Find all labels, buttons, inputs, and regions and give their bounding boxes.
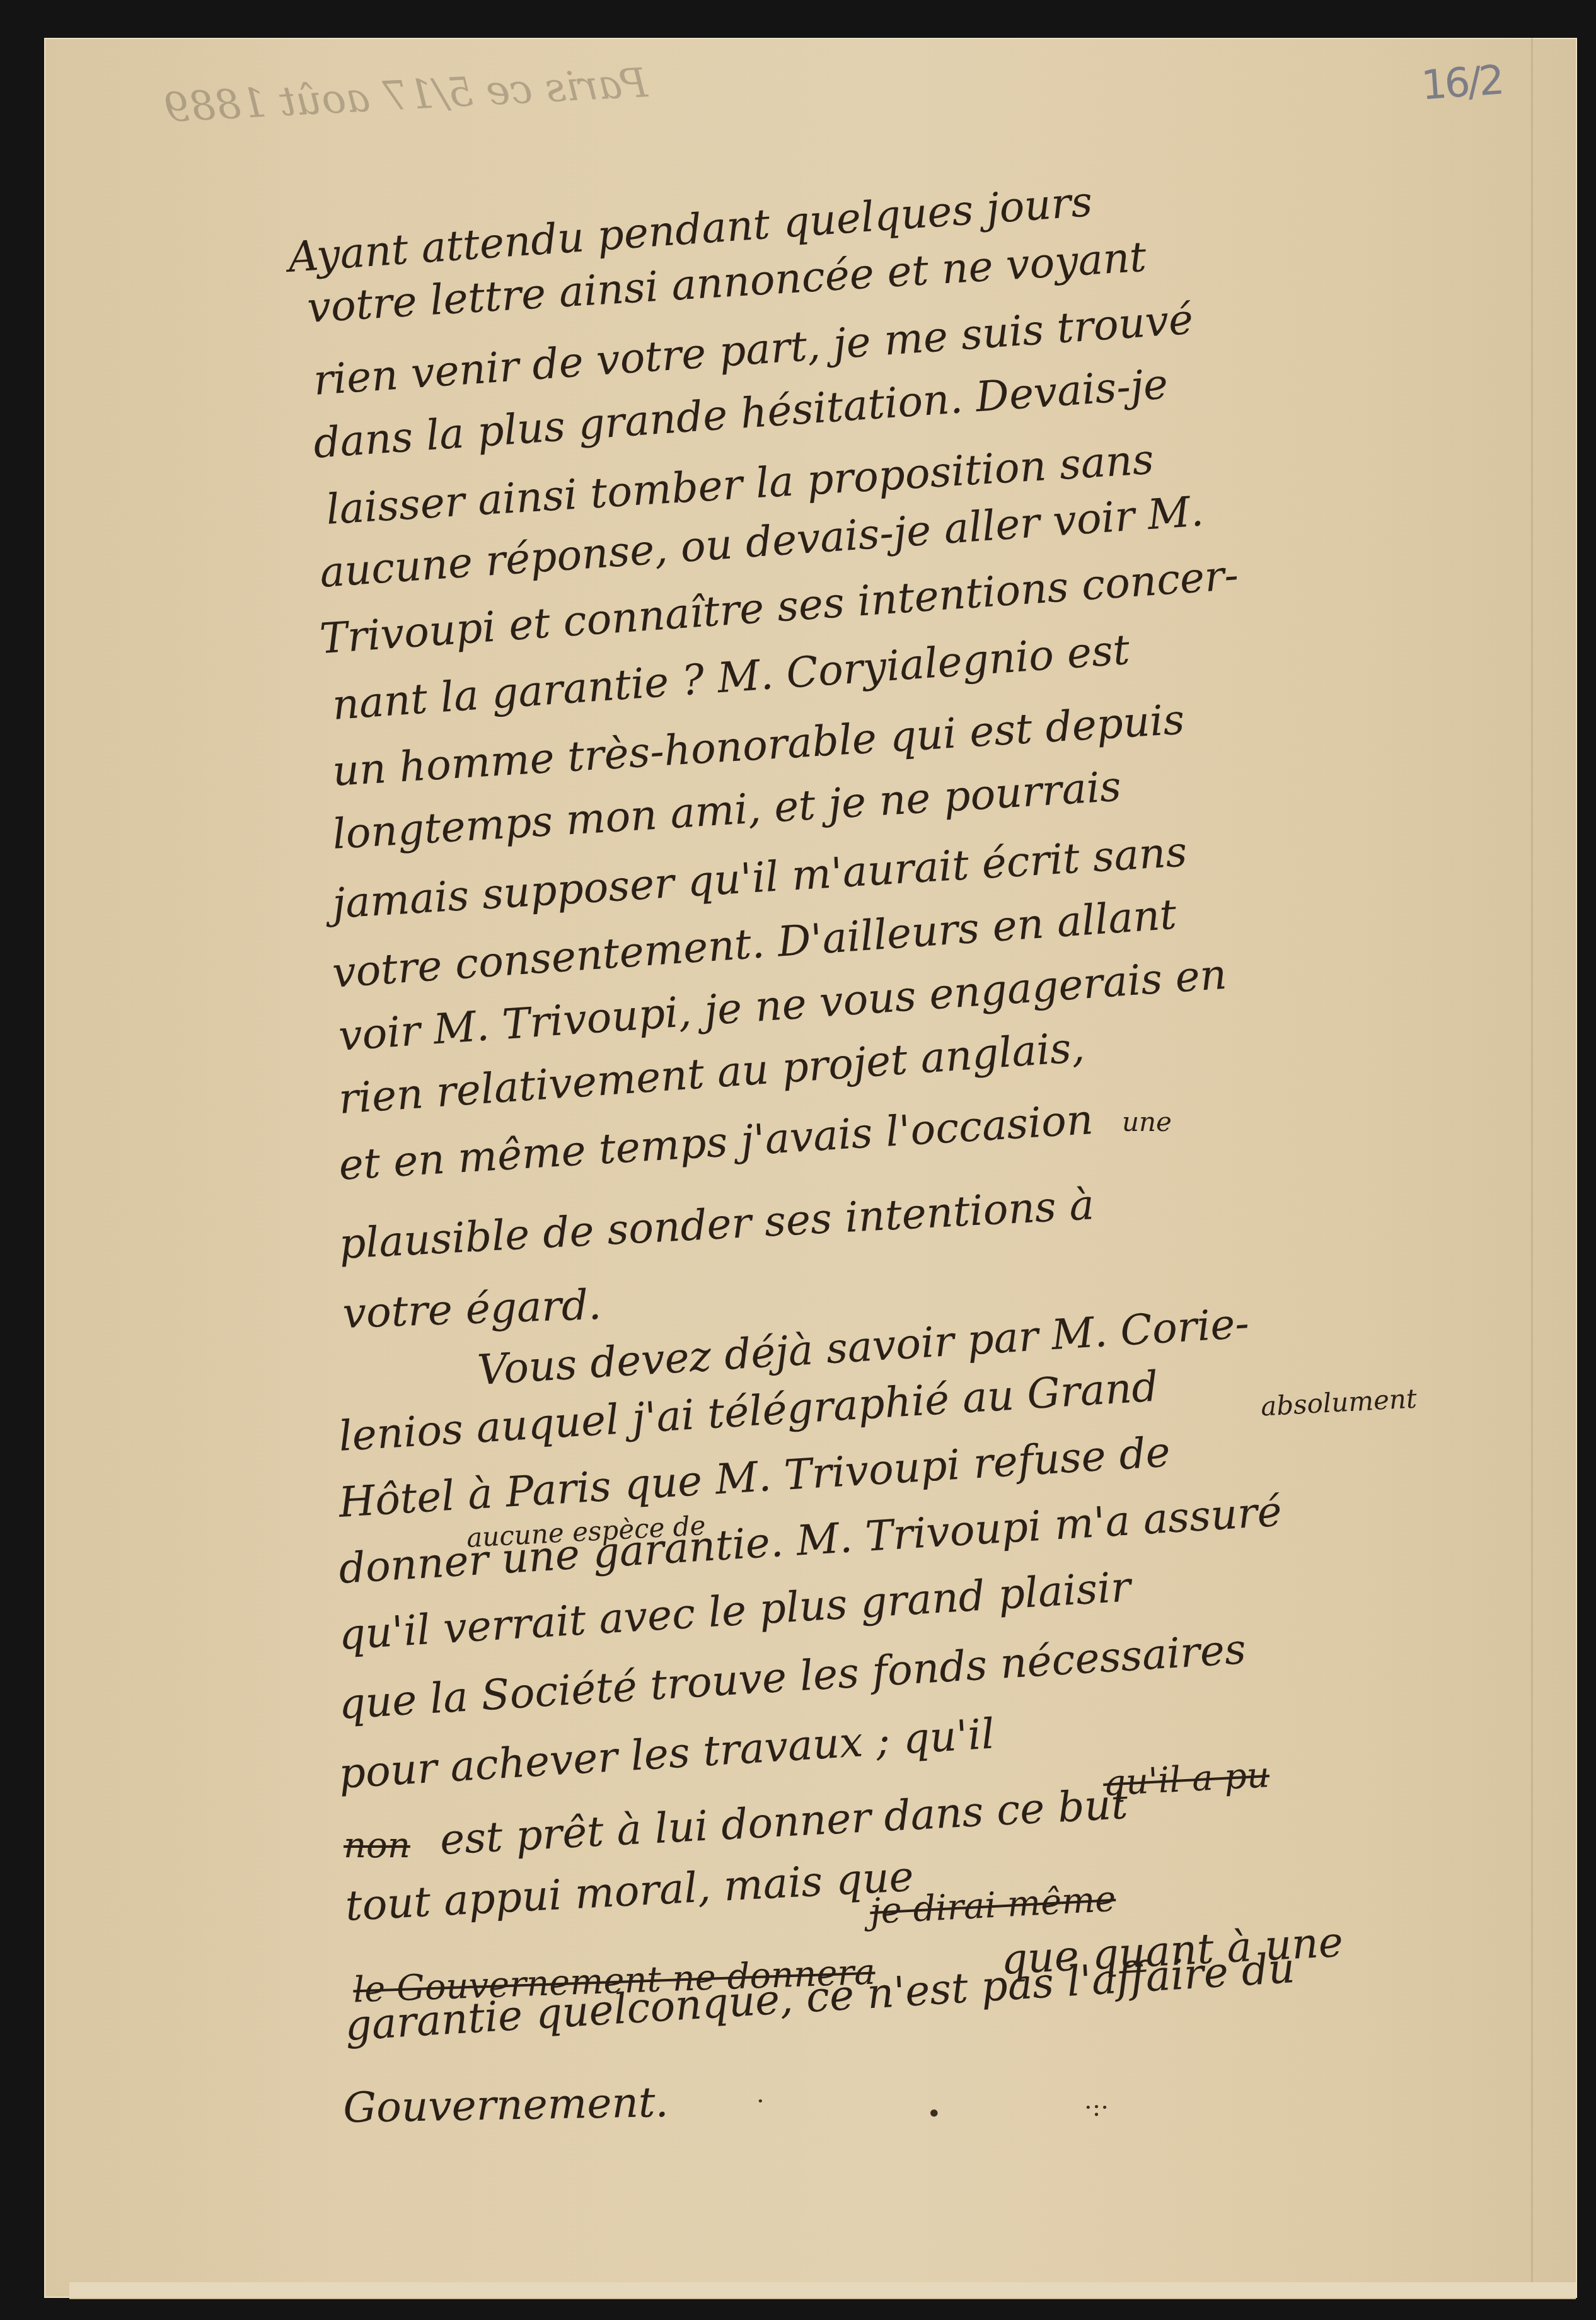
insertion-above-line: une (1122, 1106, 1172, 1137)
struck-text: non (344, 1825, 410, 1866)
ink-blot-mark: • (927, 2099, 942, 2128)
letter-line: Gouvernement. (343, 2078, 669, 2132)
ink-blot-mark: · (756, 2087, 765, 2116)
folio-number: 16/2 (1420, 57, 1504, 110)
underlying-leaf-edge (69, 2282, 1576, 2299)
letter-line: votre égard. (342, 1280, 602, 1338)
ink-blot-mark: ·:· (1084, 2093, 1109, 2122)
